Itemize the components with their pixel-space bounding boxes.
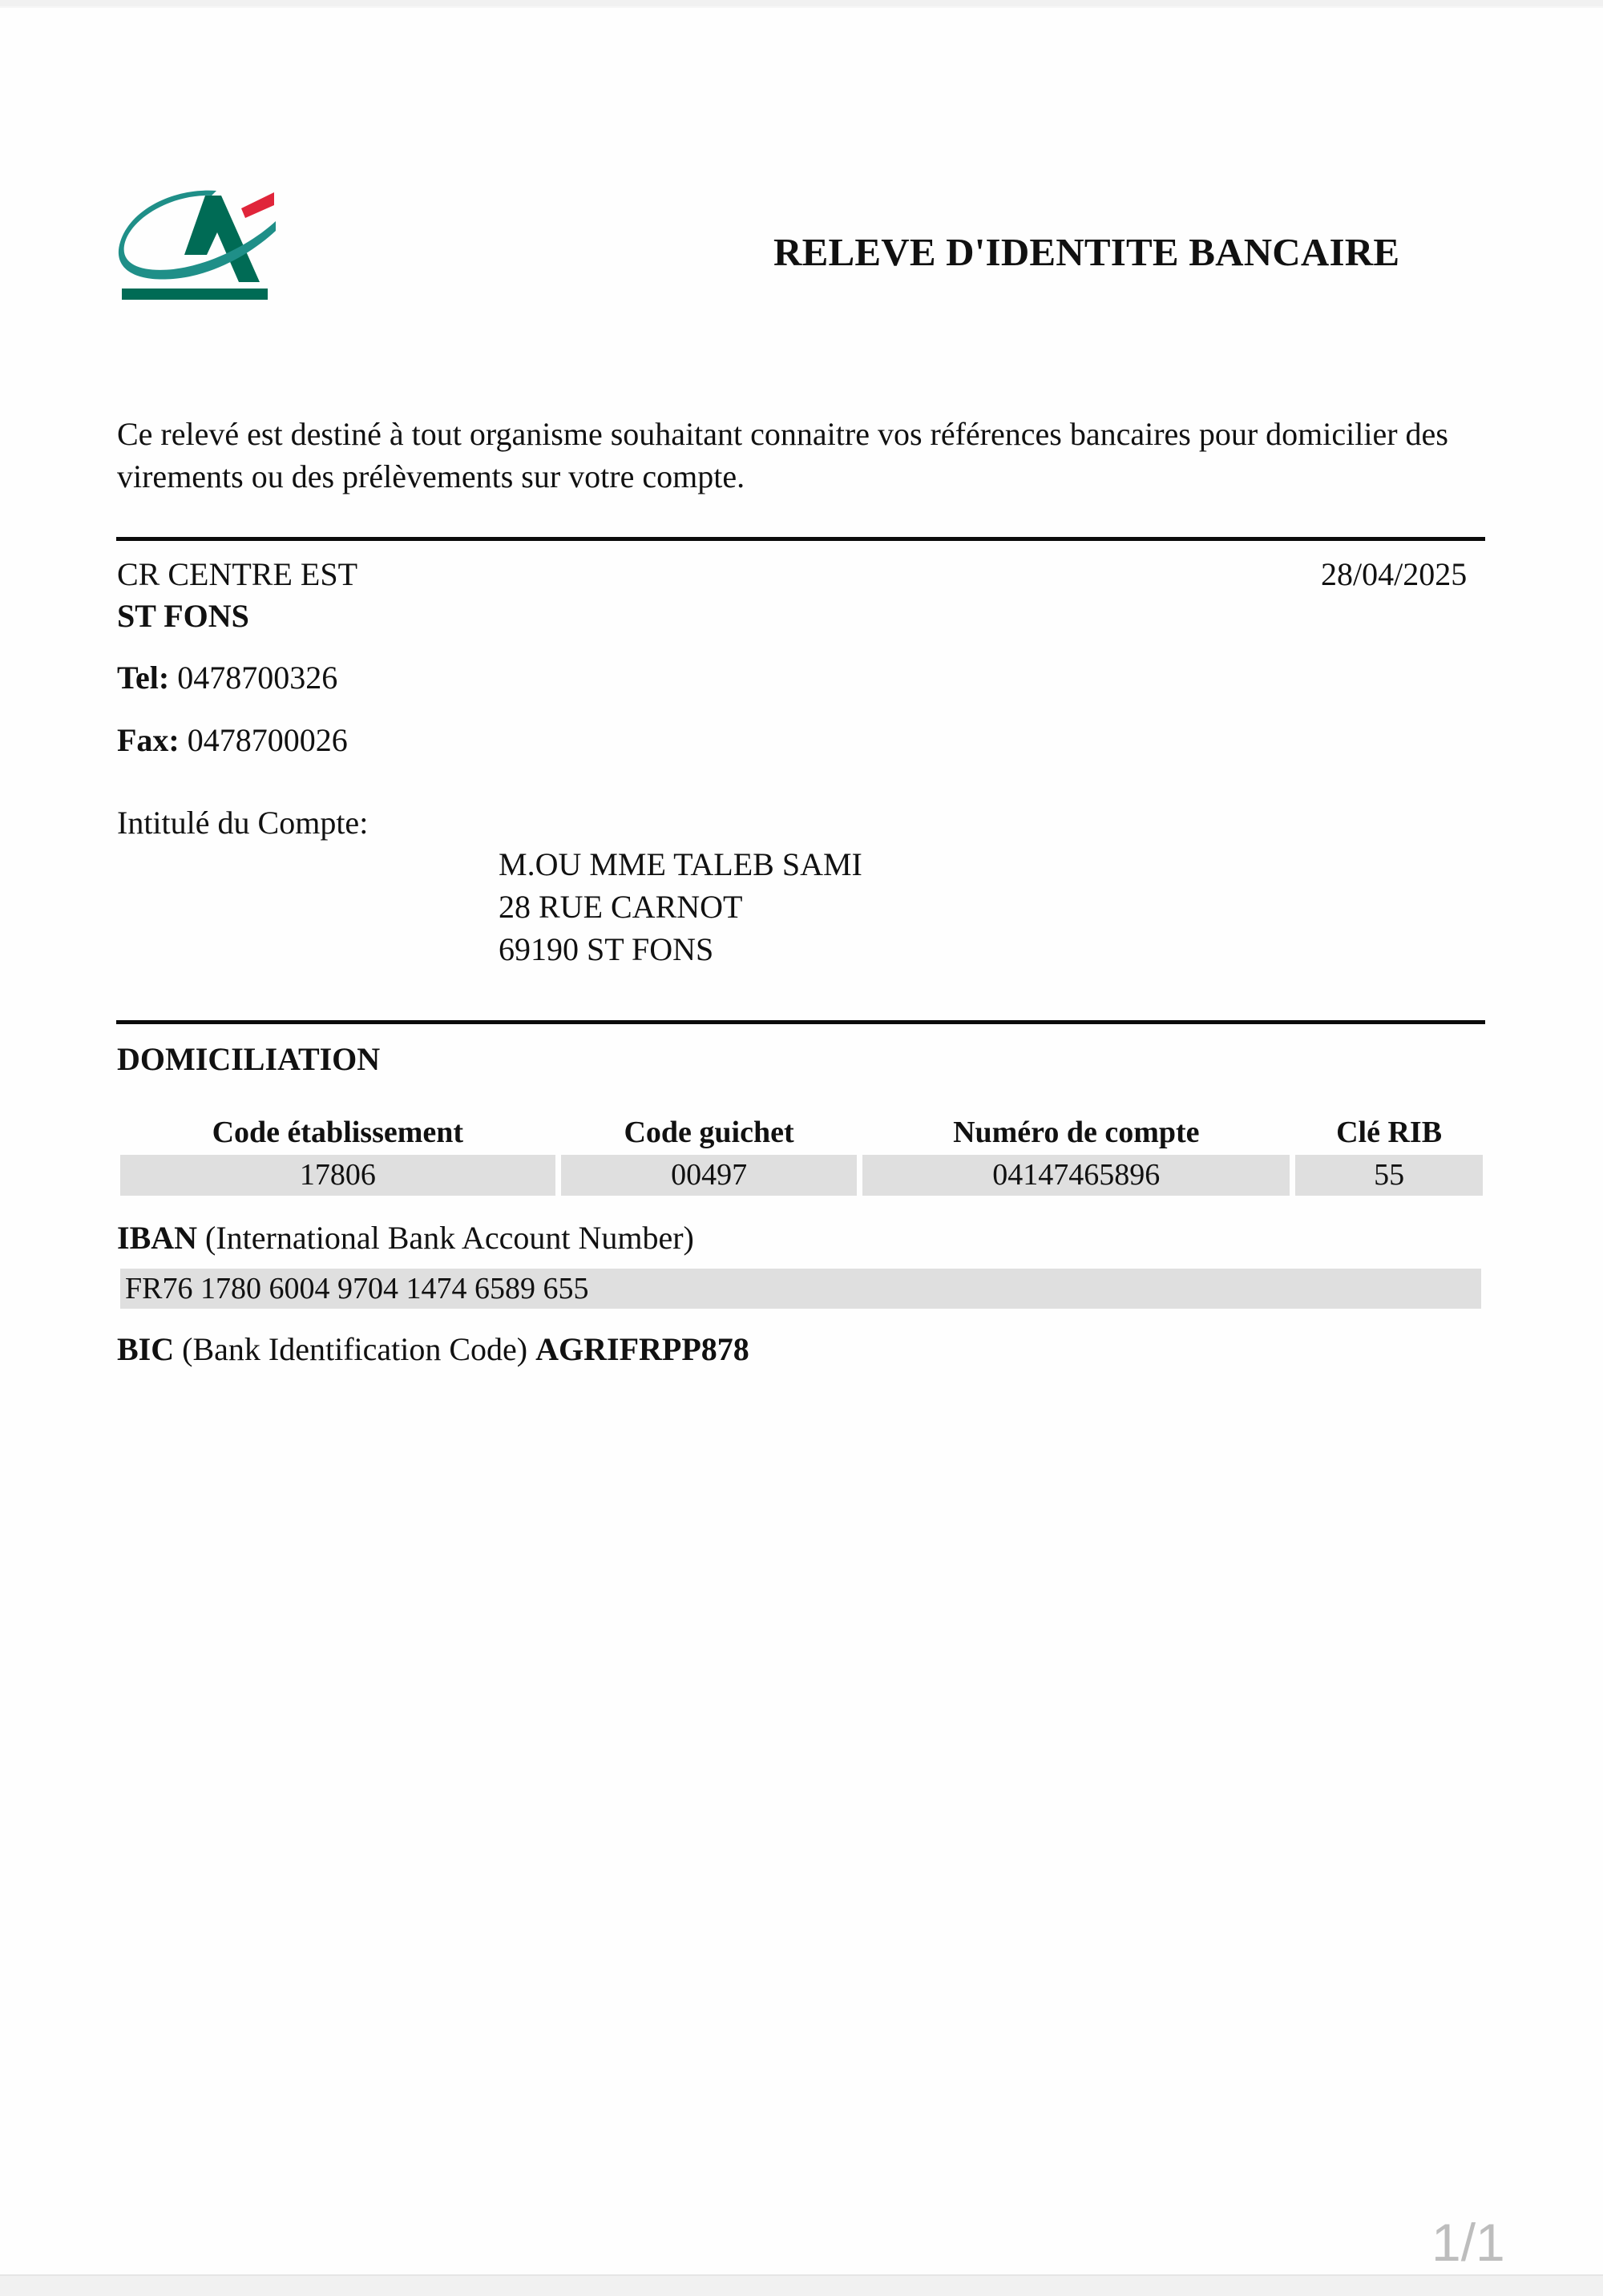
account-holder-label: Intitulé du Compte: — [117, 804, 368, 841]
credit-agricole-logo-icon — [117, 186, 281, 305]
account-holder-city: 69190 ST FONS — [499, 930, 713, 968]
fax-label: Fax: — [117, 722, 180, 758]
divider-middle — [116, 1020, 1485, 1024]
iban-heading: IBAN (International Bank Account Number) — [117, 1219, 694, 1257]
table-row: 17806 00497 04147465896 55 — [120, 1155, 1483, 1196]
col-cle-rib: Clé RIB — [1295, 1110, 1483, 1155]
document-date: 28/04/2025 — [1321, 555, 1467, 593]
col-code-etablissement: Code établissement — [120, 1110, 555, 1155]
col-code-guichet: Code guichet — [561, 1110, 858, 1155]
rib-table-header: Code établissement Code guichet Numéro d… — [120, 1110, 1483, 1155]
tel-value: 0478700326 — [177, 660, 337, 696]
cle-rib-value: 55 — [1295, 1155, 1483, 1196]
intro-paragraph: Ce relevé est destiné à tout organisme s… — [117, 413, 1496, 498]
document-title: RELEVE D'IDENTITE BANCAIRE — [773, 229, 1399, 275]
fax-value: 0478700026 — [188, 722, 348, 758]
divider-top — [116, 537, 1485, 541]
agency-fax: Fax: 0478700026 — [117, 721, 348, 759]
agency-region: CR CENTRE EST — [117, 555, 357, 593]
domiciliation-heading: DOMICILIATION — [117, 1040, 380, 1078]
bic-description: (Bank Identification Code) — [182, 1331, 527, 1367]
numero-compte-value: 04147465896 — [862, 1155, 1290, 1196]
iban-description: (International Bank Account Number) — [205, 1220, 694, 1256]
bic-value: AGRIFRPP878 — [535, 1331, 749, 1367]
iban-label: IBAN — [117, 1220, 197, 1256]
account-holder-name: M.OU MME TALEB SAMI — [499, 845, 862, 883]
viewer-top-bar — [0, 0, 1603, 8]
page-indicator: 1/1 — [1431, 2212, 1505, 2273]
tel-label: Tel: — [117, 660, 169, 696]
rib-table: Code établissement Code guichet Numéro d… — [120, 1110, 1483, 1196]
account-holder-street: 28 RUE CARNOT — [499, 888, 742, 926]
agency-name: ST FONS — [117, 597, 249, 635]
code-guichet-value: 00497 — [561, 1155, 858, 1196]
bic-line: BIC (Bank Identification Code) AGRIFRPP8… — [117, 1330, 749, 1368]
agency-tel: Tel: 0478700326 — [117, 659, 337, 696]
col-numero-compte: Numéro de compte — [862, 1110, 1290, 1155]
code-etablissement-value: 17806 — [120, 1155, 555, 1196]
iban-value: FR76 1780 6004 9704 1474 6589 655 — [120, 1269, 1481, 1309]
bic-label: BIC — [117, 1331, 174, 1367]
viewer-bottom-bar — [0, 2274, 1603, 2296]
